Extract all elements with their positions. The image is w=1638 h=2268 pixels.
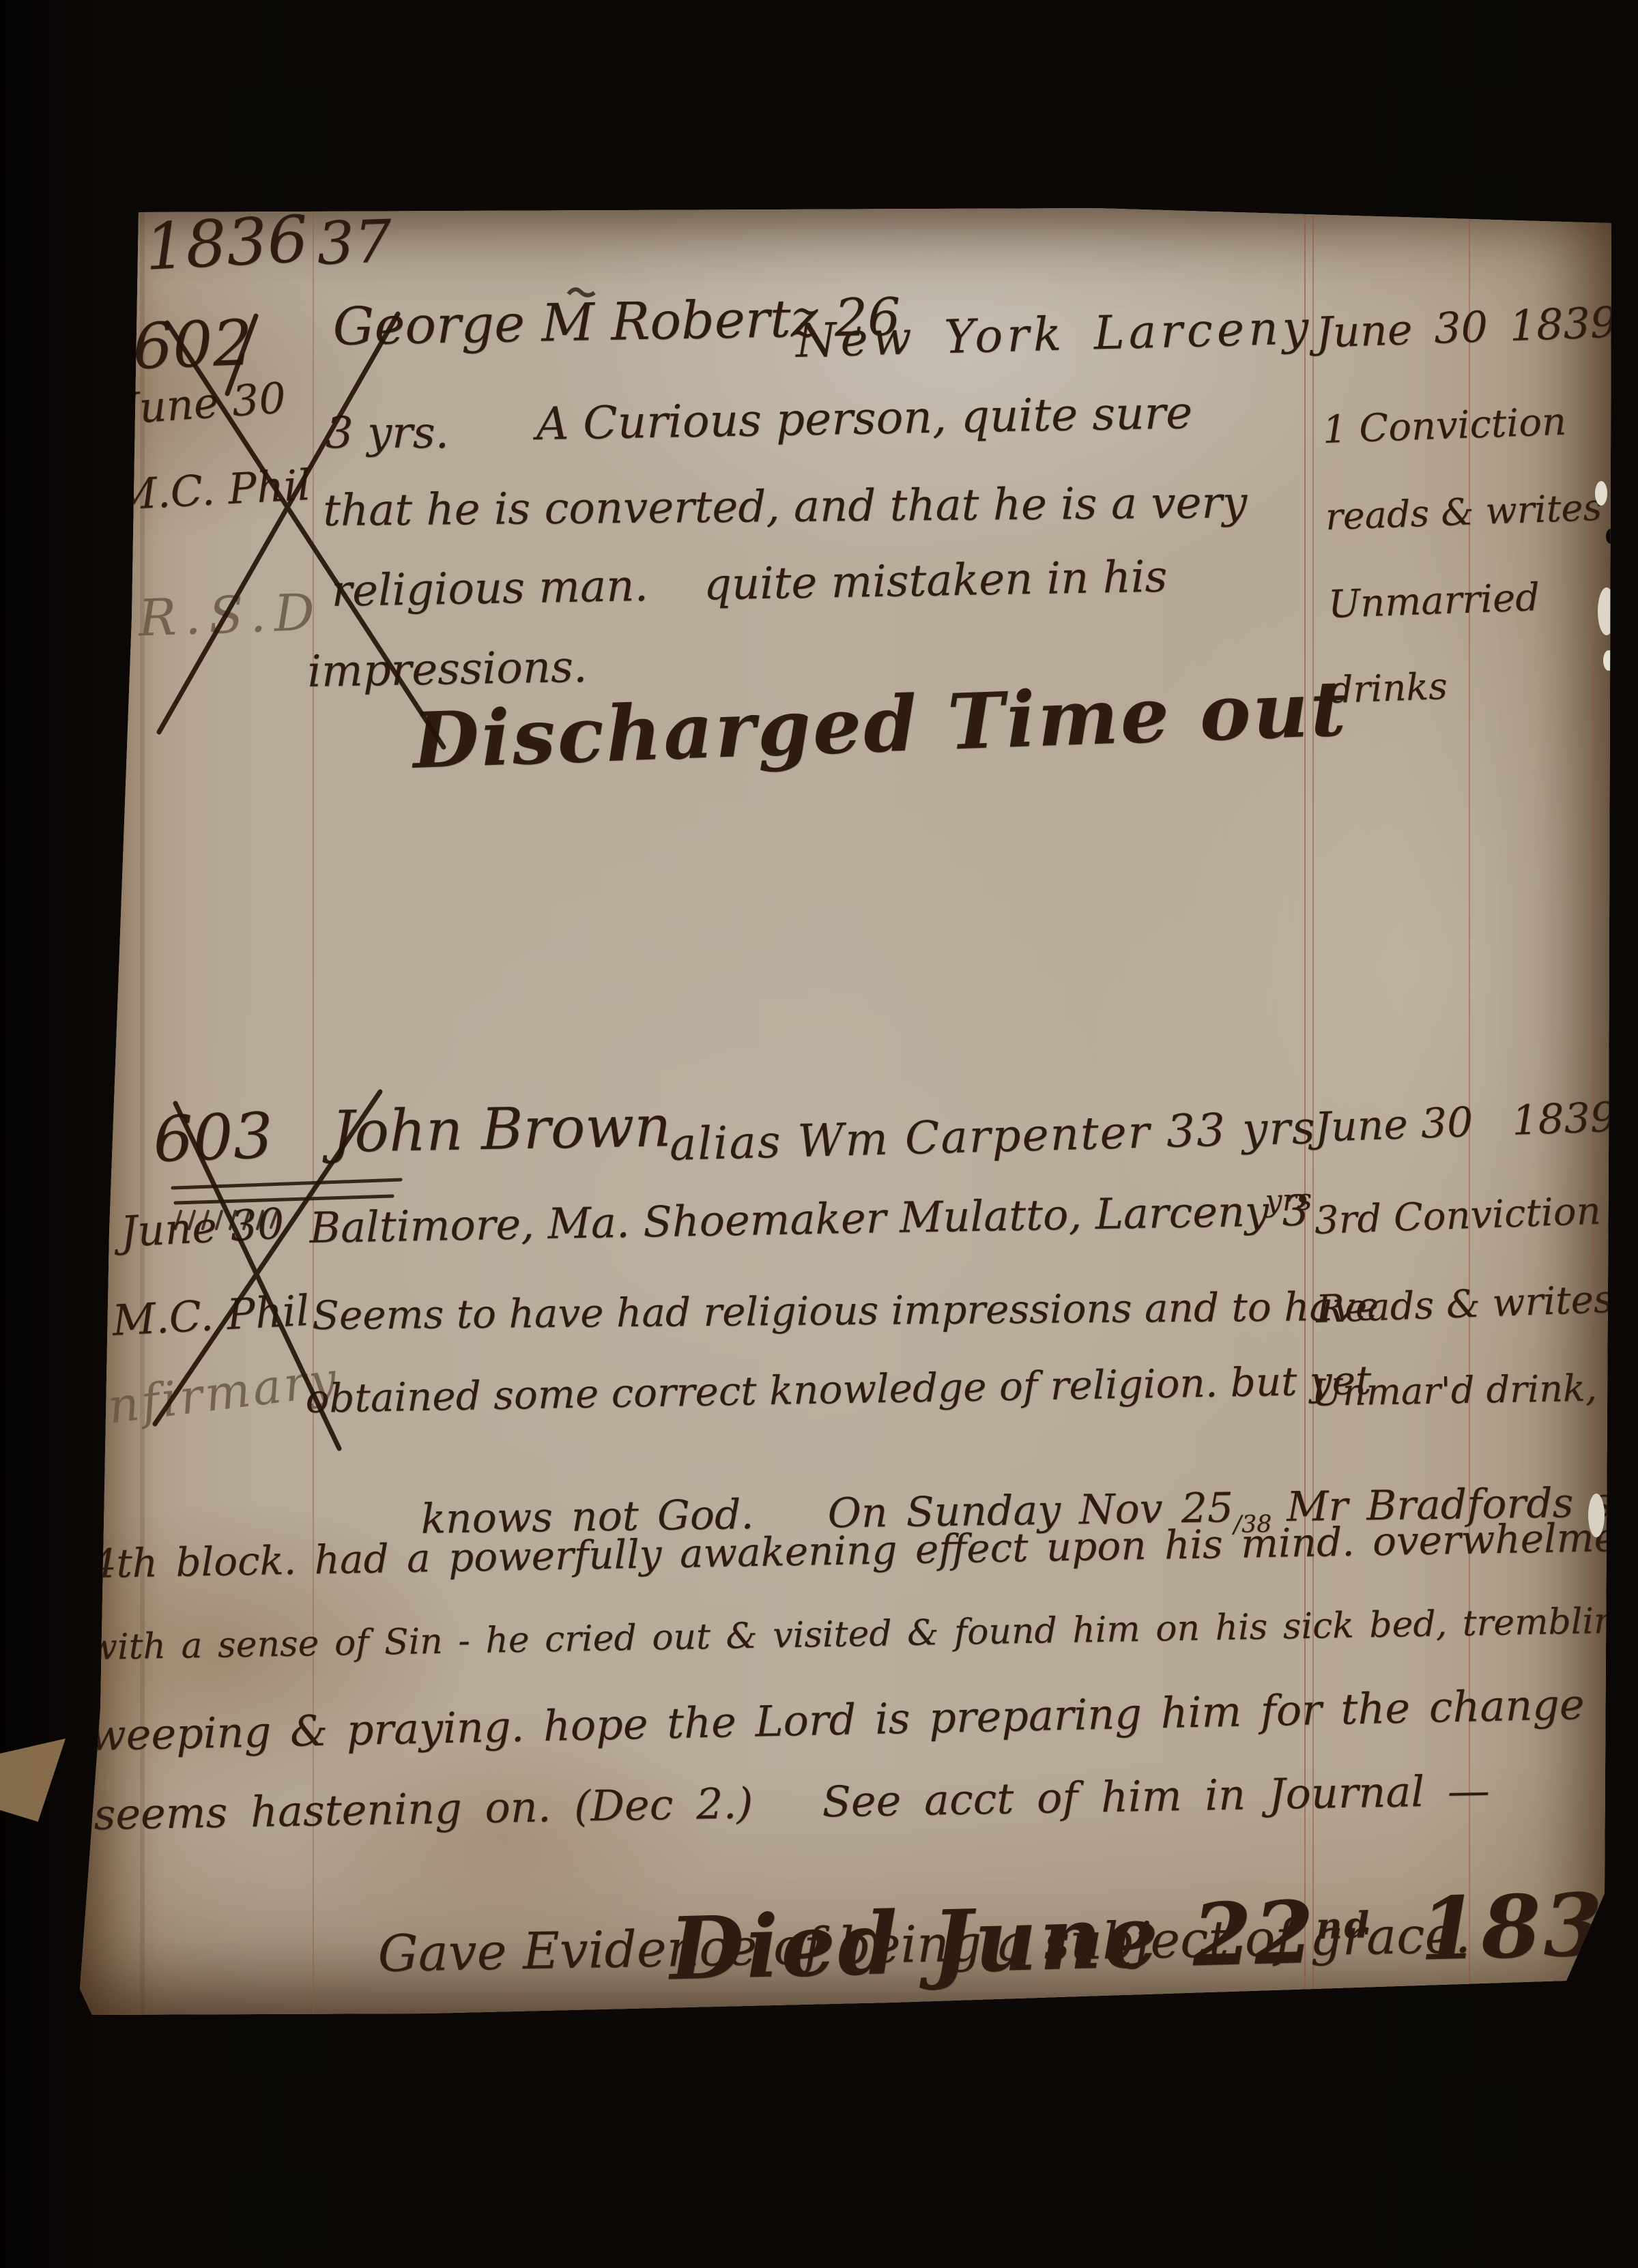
record-line: impressions. (307, 645, 588, 694)
page-number: 37 (316, 212, 392, 274)
alias-line: alias Wm Carpenter 33 yrs (669, 1105, 1317, 1167)
page-year: 1836 (143, 207, 310, 280)
status-literacy: Reads & writes (1315, 1281, 1613, 1329)
record-line: A Curious person, quite sure (536, 390, 1193, 447)
commitment-date: June 30 (121, 377, 287, 431)
torn-edge-spot (1603, 650, 1614, 671)
status-literacy: reads & writes (1325, 489, 1603, 536)
record-line: weeping & praying. hope the Lord is prep… (89, 1681, 1638, 1757)
ledger-page: 1836 37 602 June 30 M.C. Phil 5 R.S.D Ge… (72, 208, 1614, 2016)
sentence-length: 3 yrs. (326, 411, 449, 455)
record-line: obtained some correct knowledge of relig… (305, 1361, 1372, 1419)
torn-edge-spot (1588, 1494, 1605, 1537)
torn-edge-spot (1598, 587, 1615, 635)
court-label: M.C. Phil (111, 1290, 311, 1342)
prisoner-name-line: John Brown (331, 1097, 672, 1161)
status-conviction: 3rd Conviction (1314, 1192, 1601, 1240)
status-conviction: 1 Conviction (1322, 403, 1567, 450)
status-marital: Unmarried (1327, 579, 1540, 624)
commitment-date: June 30 (119, 1202, 285, 1253)
record-line: Baltimore, Ma. Shoemaker Mulatto, Larcen… (309, 1189, 1310, 1249)
court-label: M.C. Phil (113, 464, 312, 517)
status-marital: Unmar'd drink, (1311, 1370, 1597, 1412)
charge-line: New York Larceny (795, 305, 1313, 365)
ledger-photograph: 1836 37 602 June 30 M.C. Phil 5 R.S.D Ge… (0, 0, 1638, 2268)
pencil-annotation: 5 R.S.D (73, 587, 324, 646)
record-line: religious man. quite mistaken in his (331, 555, 1168, 613)
record-line: with a sense of Sin - he cried out & vis… (87, 1603, 1638, 1666)
torn-edge-notch (1606, 529, 1615, 544)
status-date: June 30 1839 (1315, 302, 1618, 354)
torn-edge-spot (1595, 481, 1607, 506)
status-date: June 30 1839 (1314, 1097, 1617, 1148)
record-line: that he is converted, and that he is a v… (323, 481, 1247, 533)
entry-number: 602 (132, 312, 254, 379)
record-line: Seems to have had religious impressions … (312, 1286, 1379, 1335)
adjacent-page-sliver (0, 1739, 66, 1822)
entry-number: 603 (152, 1105, 274, 1172)
pencil-annotation: Infirmary (84, 1355, 341, 1434)
